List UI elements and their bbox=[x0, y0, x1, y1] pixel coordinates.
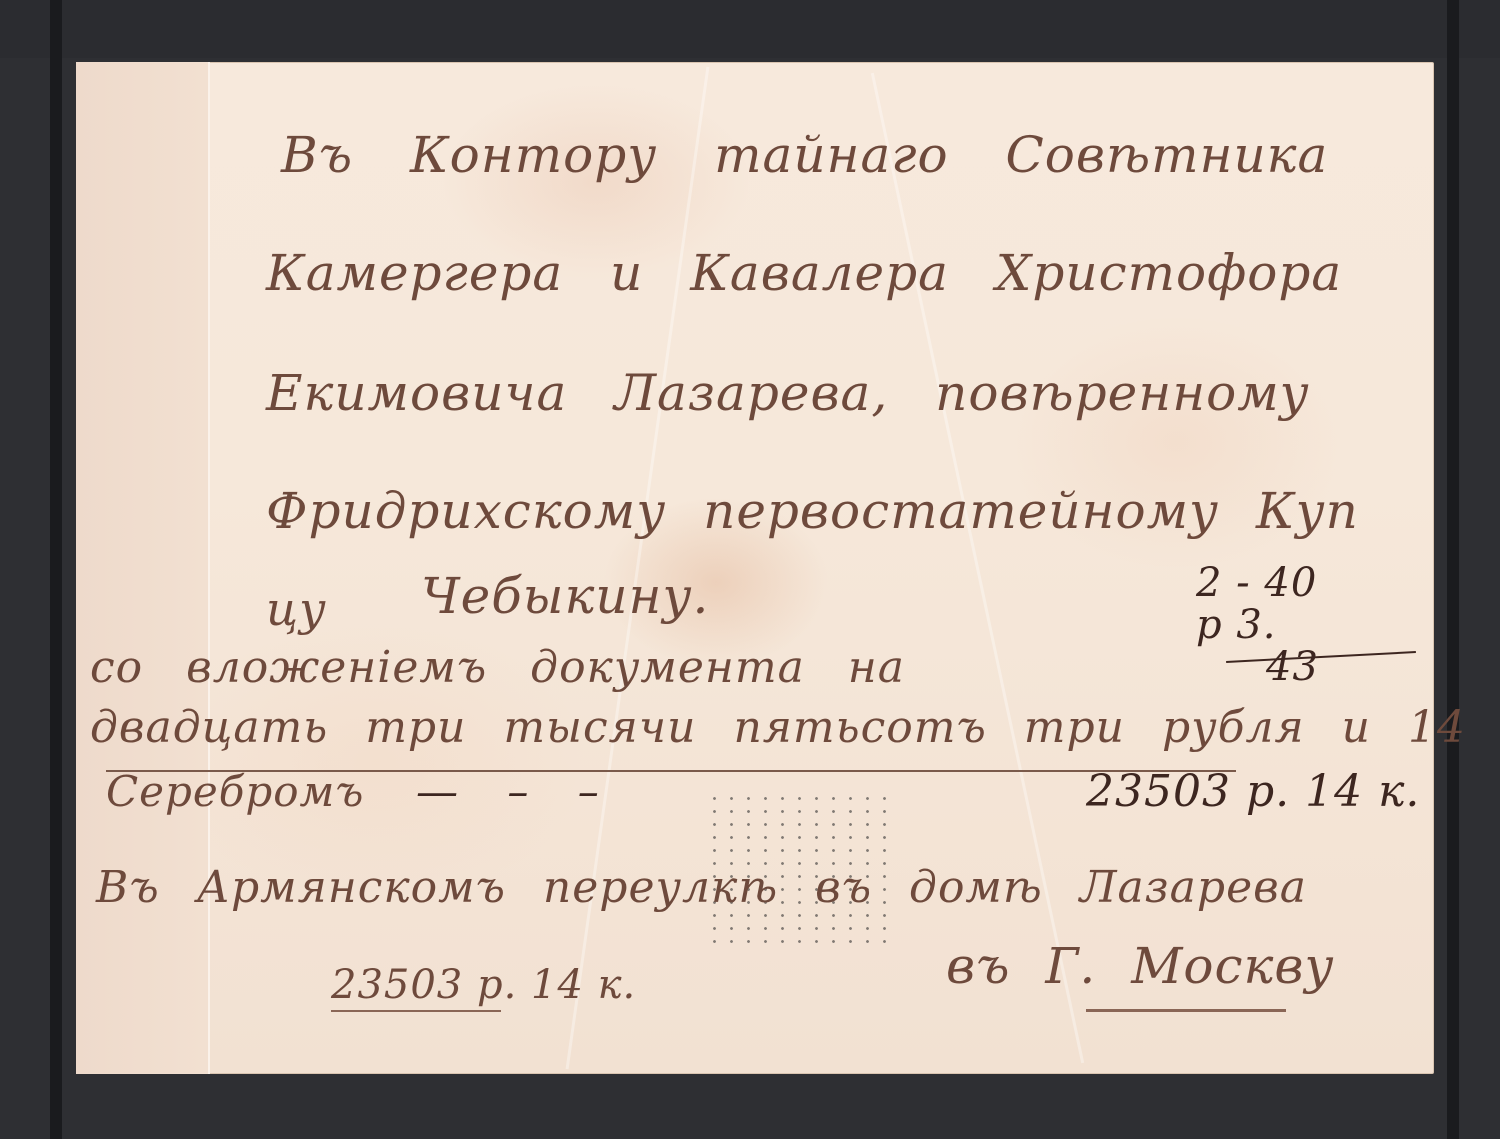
city-underline bbox=[1086, 1009, 1286, 1012]
declaration-dashes: — – – bbox=[416, 767, 617, 816]
album-page-top bbox=[0, 0, 1500, 58]
street-address: Въ Армянскомъ переулкѣ въ домѣ Лазарева bbox=[96, 862, 1307, 913]
postage-calculation: 2 - 40 р 3. 43 bbox=[1196, 562, 1319, 688]
album-strip-left bbox=[50, 0, 62, 1139]
declaration-line-2: двадцать три тысячи пятьсотъ три рубля и… bbox=[90, 702, 1500, 753]
address-line-2: Камергера и Кавалера Христофора bbox=[266, 244, 1342, 302]
envelope: Въ Контору тайнаго Совѣтника Камергера и… bbox=[76, 62, 1434, 1074]
footer-amount-underline bbox=[331, 1010, 501, 1012]
album-strip-right bbox=[1447, 0, 1459, 1139]
calc-result: 43 bbox=[1196, 646, 1319, 688]
declaration-line-1: со вложеніемъ документа на bbox=[90, 642, 905, 693]
address-line-4: Фридрихскому первостатейному Куп bbox=[266, 482, 1359, 540]
calc-row-2: р 3. bbox=[1196, 604, 1319, 646]
calc-row-1: 2 - 40 bbox=[1196, 562, 1319, 604]
address-line-1: Въ Контору тайнаго Совѣтника bbox=[281, 126, 1328, 184]
address-line-3: Екимовича Лазарева, повѣренному bbox=[266, 364, 1310, 422]
addressee-name: Чебыкину. bbox=[421, 567, 709, 625]
paper-crease bbox=[871, 73, 1084, 1064]
declared-amount-figures: 23503 р. 14 к. bbox=[1086, 766, 1420, 817]
footer-amount: 23503 р. 14 к. bbox=[331, 962, 636, 1008]
destination-city: въ Г. Москву bbox=[946, 937, 1334, 995]
declaration-line-3: Серебромъ bbox=[106, 767, 364, 816]
envelope-side-flap bbox=[76, 62, 210, 1074]
address-line-5-prefix: цу bbox=[266, 582, 327, 636]
